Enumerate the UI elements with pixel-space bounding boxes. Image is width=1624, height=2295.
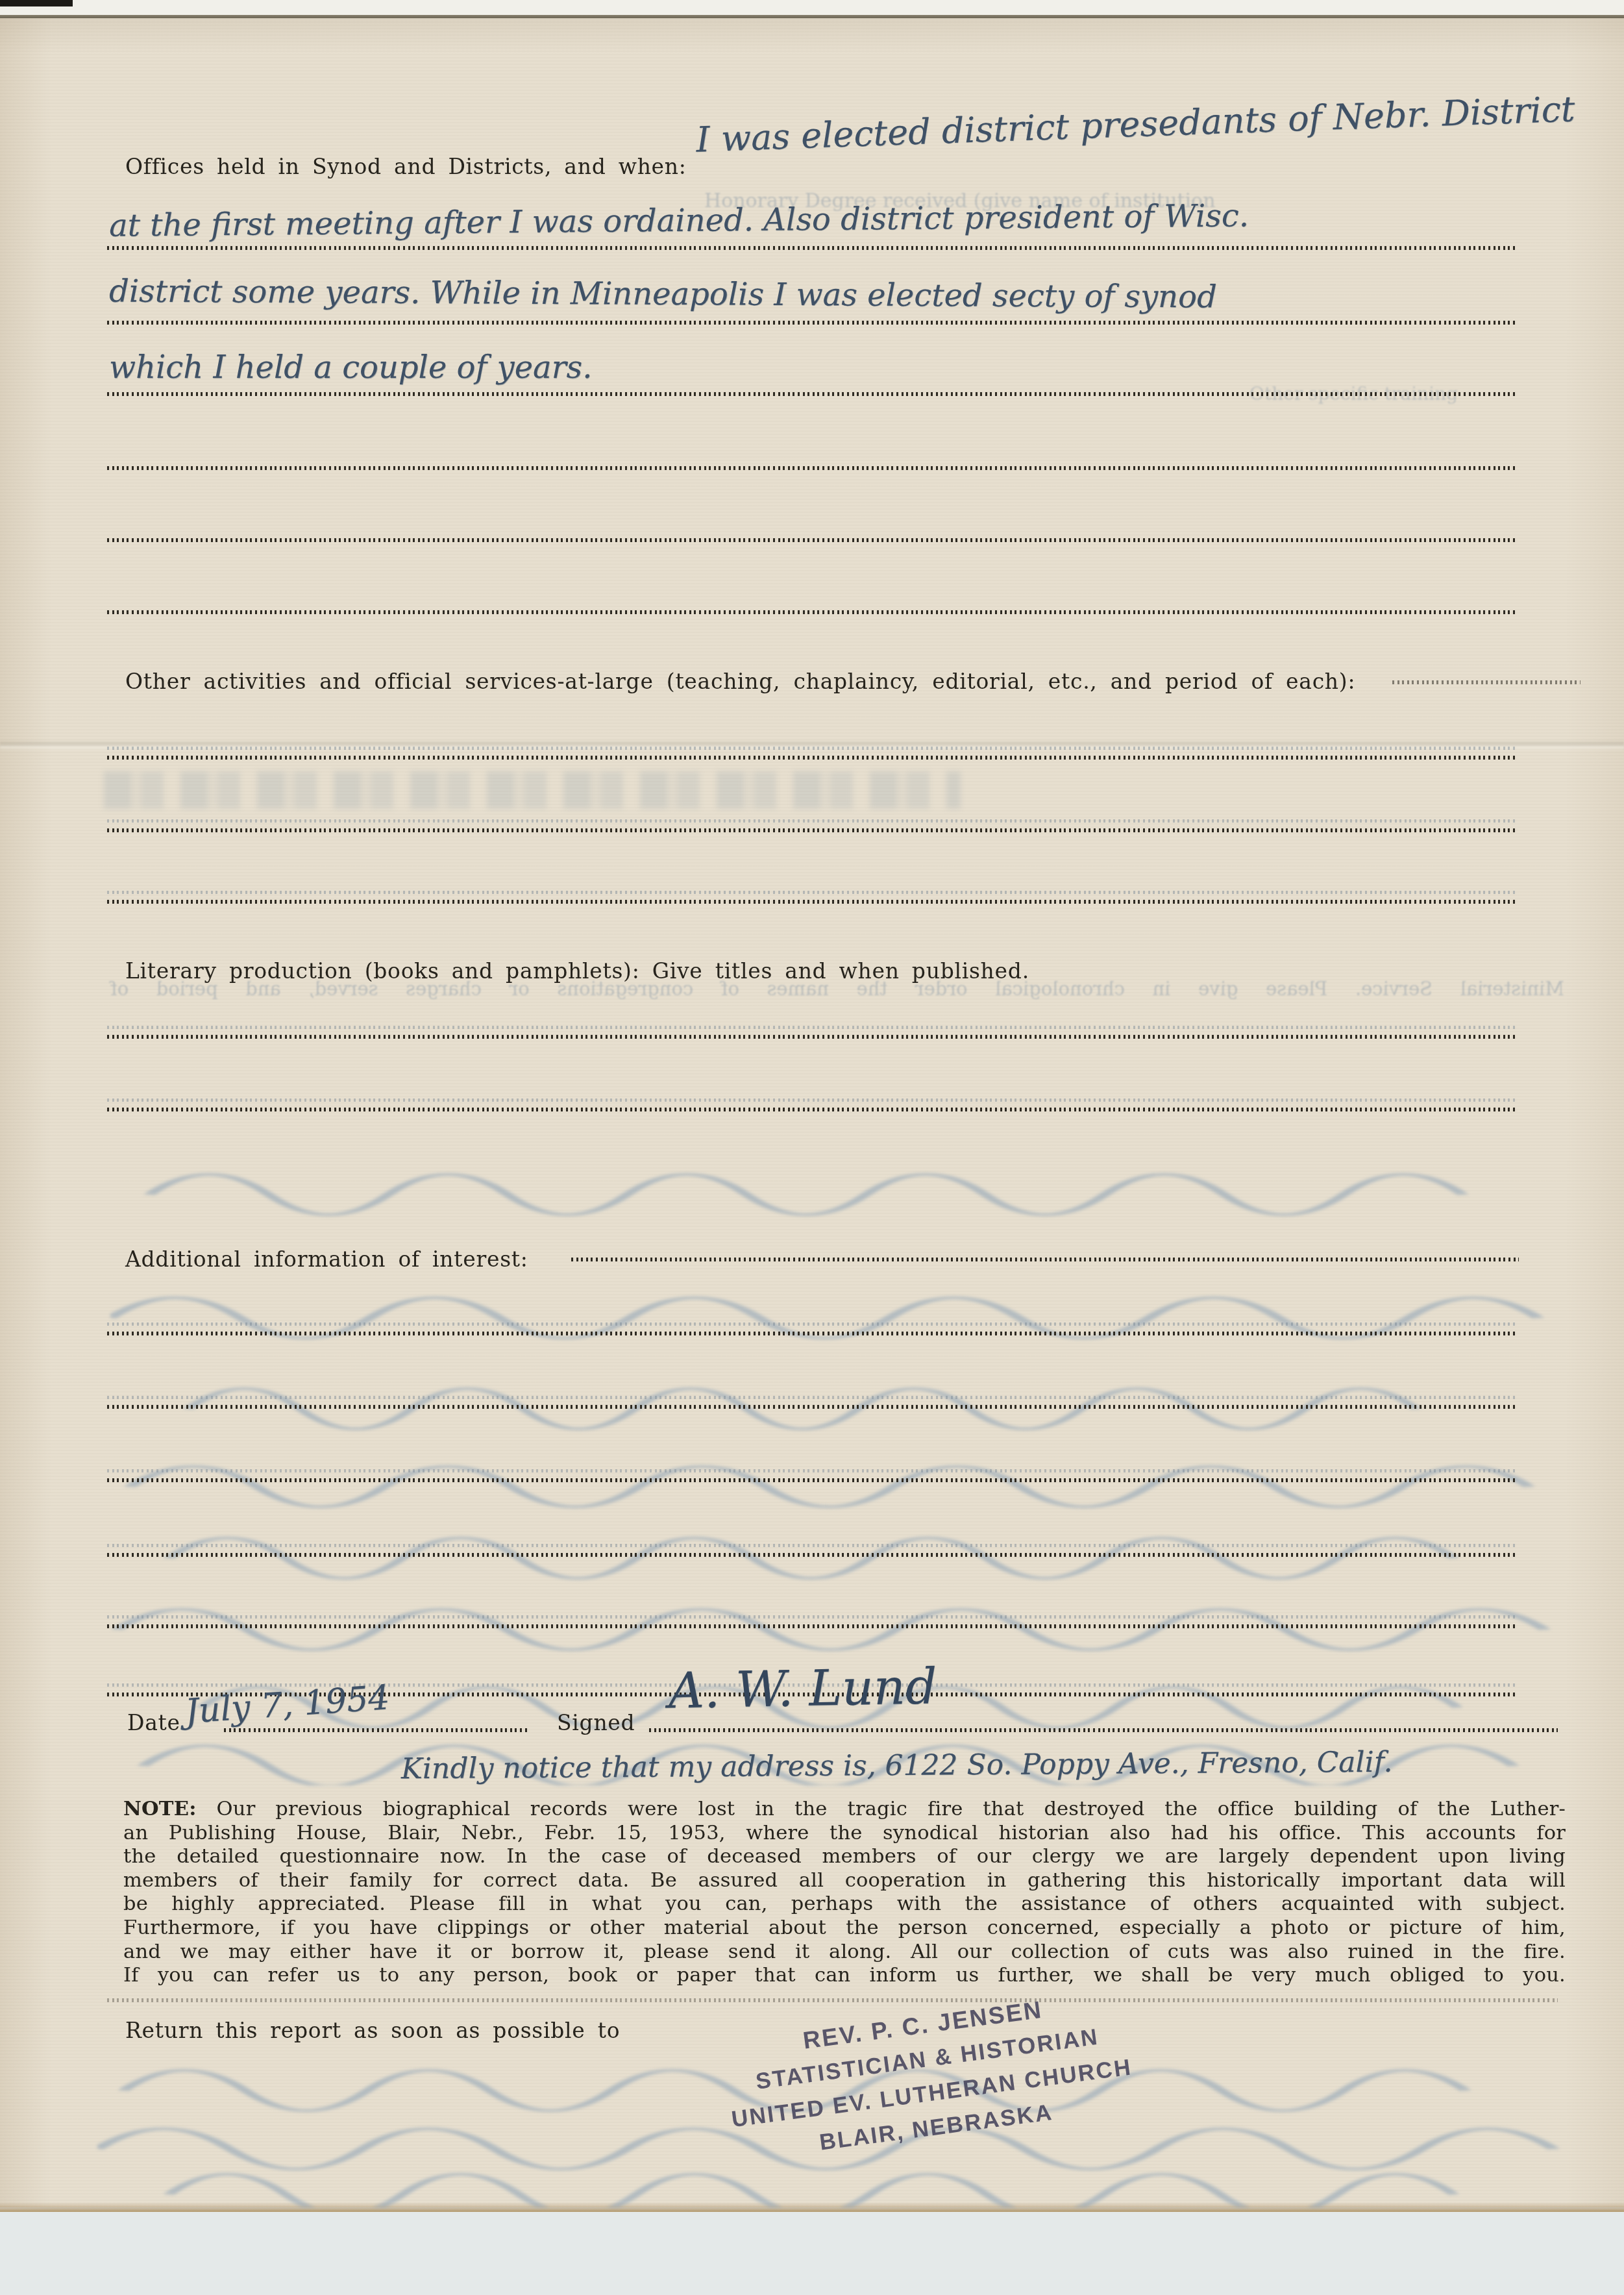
handwritten-signature: A. W. Lund (668, 1657, 937, 1719)
dotted-echo-line (107, 819, 1516, 823)
date-label: Date (127, 1710, 180, 1735)
signature-dotted-line (649, 1728, 1558, 1732)
dotted-answer-line (107, 1478, 1516, 1482)
dotted-echo-line (107, 1396, 1516, 1399)
note-paragraph-line: the detailed questionnaire now. In the c… (123, 1845, 1566, 1869)
dotted-answer-line (107, 610, 1516, 614)
dotted-echo-line (107, 747, 1516, 750)
note-label: NOTE: (123, 1797, 197, 1820)
return-instruction: Return this report as soon as possible t… (125, 2018, 620, 2043)
scanner-dark-corner (0, 0, 73, 6)
dotted-echo-line (107, 1098, 1516, 1102)
date-dotted-line (224, 1728, 529, 1732)
handwritten-address-note: Kindly notice that my address is, 6122 S… (401, 1746, 1393, 1786)
handwritten-answer-offices-3: district some years. While in Minneapoli… (109, 273, 1217, 316)
dotted-echo-line (107, 1322, 1516, 1326)
note-text: Our previous biographical records were l… (217, 1798, 1566, 1820)
dotted-answer-line (107, 1624, 1516, 1628)
dotted-answer-line (571, 1258, 1519, 1261)
dotted-answer-line (107, 1332, 1516, 1335)
scanner-bed-bottom (0, 2212, 1624, 2295)
dotted-answer-line-stub (1392, 680, 1581, 684)
note-paragraph: NOTE: Our previous biographical records … (123, 1797, 1566, 1988)
note-paragraph-line: and we may either have it or borrow it, … (123, 1941, 1566, 1965)
handwritten-answer-offices-4: which I held a couple of years. (109, 349, 593, 386)
dotted-answer-line (107, 466, 1516, 470)
dotted-answer-line (107, 1108, 1516, 1111)
dotted-answer-line (107, 246, 1516, 250)
dotted-answer-line (107, 321, 1516, 325)
literary-production-label: Literary production (books and pamphlets… (125, 958, 1029, 984)
note-paragraph-line: an Publishing House, Blair, Nebr., Febr.… (123, 1822, 1566, 1846)
dotted-echo-line (107, 1544, 1516, 1547)
note-paragraph-line: If you can refer us to any person, book … (123, 1964, 1566, 1988)
note-paragraph-line: members of their family for correct data… (123, 1869, 1566, 1893)
offices-held-label: Offices held in Synod and Districts, and… (125, 154, 687, 179)
dotted-answer-line (107, 392, 1516, 396)
dotted-answer-line (107, 756, 1516, 760)
dotted-answer-line (107, 1035, 1516, 1039)
note-paragraph-line: be highly appreciated. Please fill in wh… (123, 1892, 1566, 1917)
dotted-echo-line (107, 1469, 1516, 1472)
bleedthrough-print-band (104, 771, 961, 809)
dotted-answer-line (107, 828, 1516, 832)
dotted-answer-line (107, 538, 1516, 542)
other-activities-label: Other activities and official services-a… (125, 669, 1355, 694)
dotted-answer-line (107, 900, 1516, 904)
additional-information-label: Additional information of interest: (125, 1247, 528, 1272)
faint-dotted-line (107, 1998, 1558, 2002)
signed-label: Signed (557, 1710, 635, 1735)
dotted-echo-line (107, 891, 1516, 894)
note-paragraph-line: Furthermore, if you have clippings or ot… (123, 1917, 1566, 1941)
dotted-answer-line (107, 1553, 1516, 1557)
dotted-echo-line (107, 1615, 1516, 1619)
dotted-answer-line (107, 1405, 1516, 1409)
note-paragraph-line: NOTE: Our previous biographical records … (123, 1797, 1566, 1822)
dotted-echo-line (107, 1026, 1516, 1029)
